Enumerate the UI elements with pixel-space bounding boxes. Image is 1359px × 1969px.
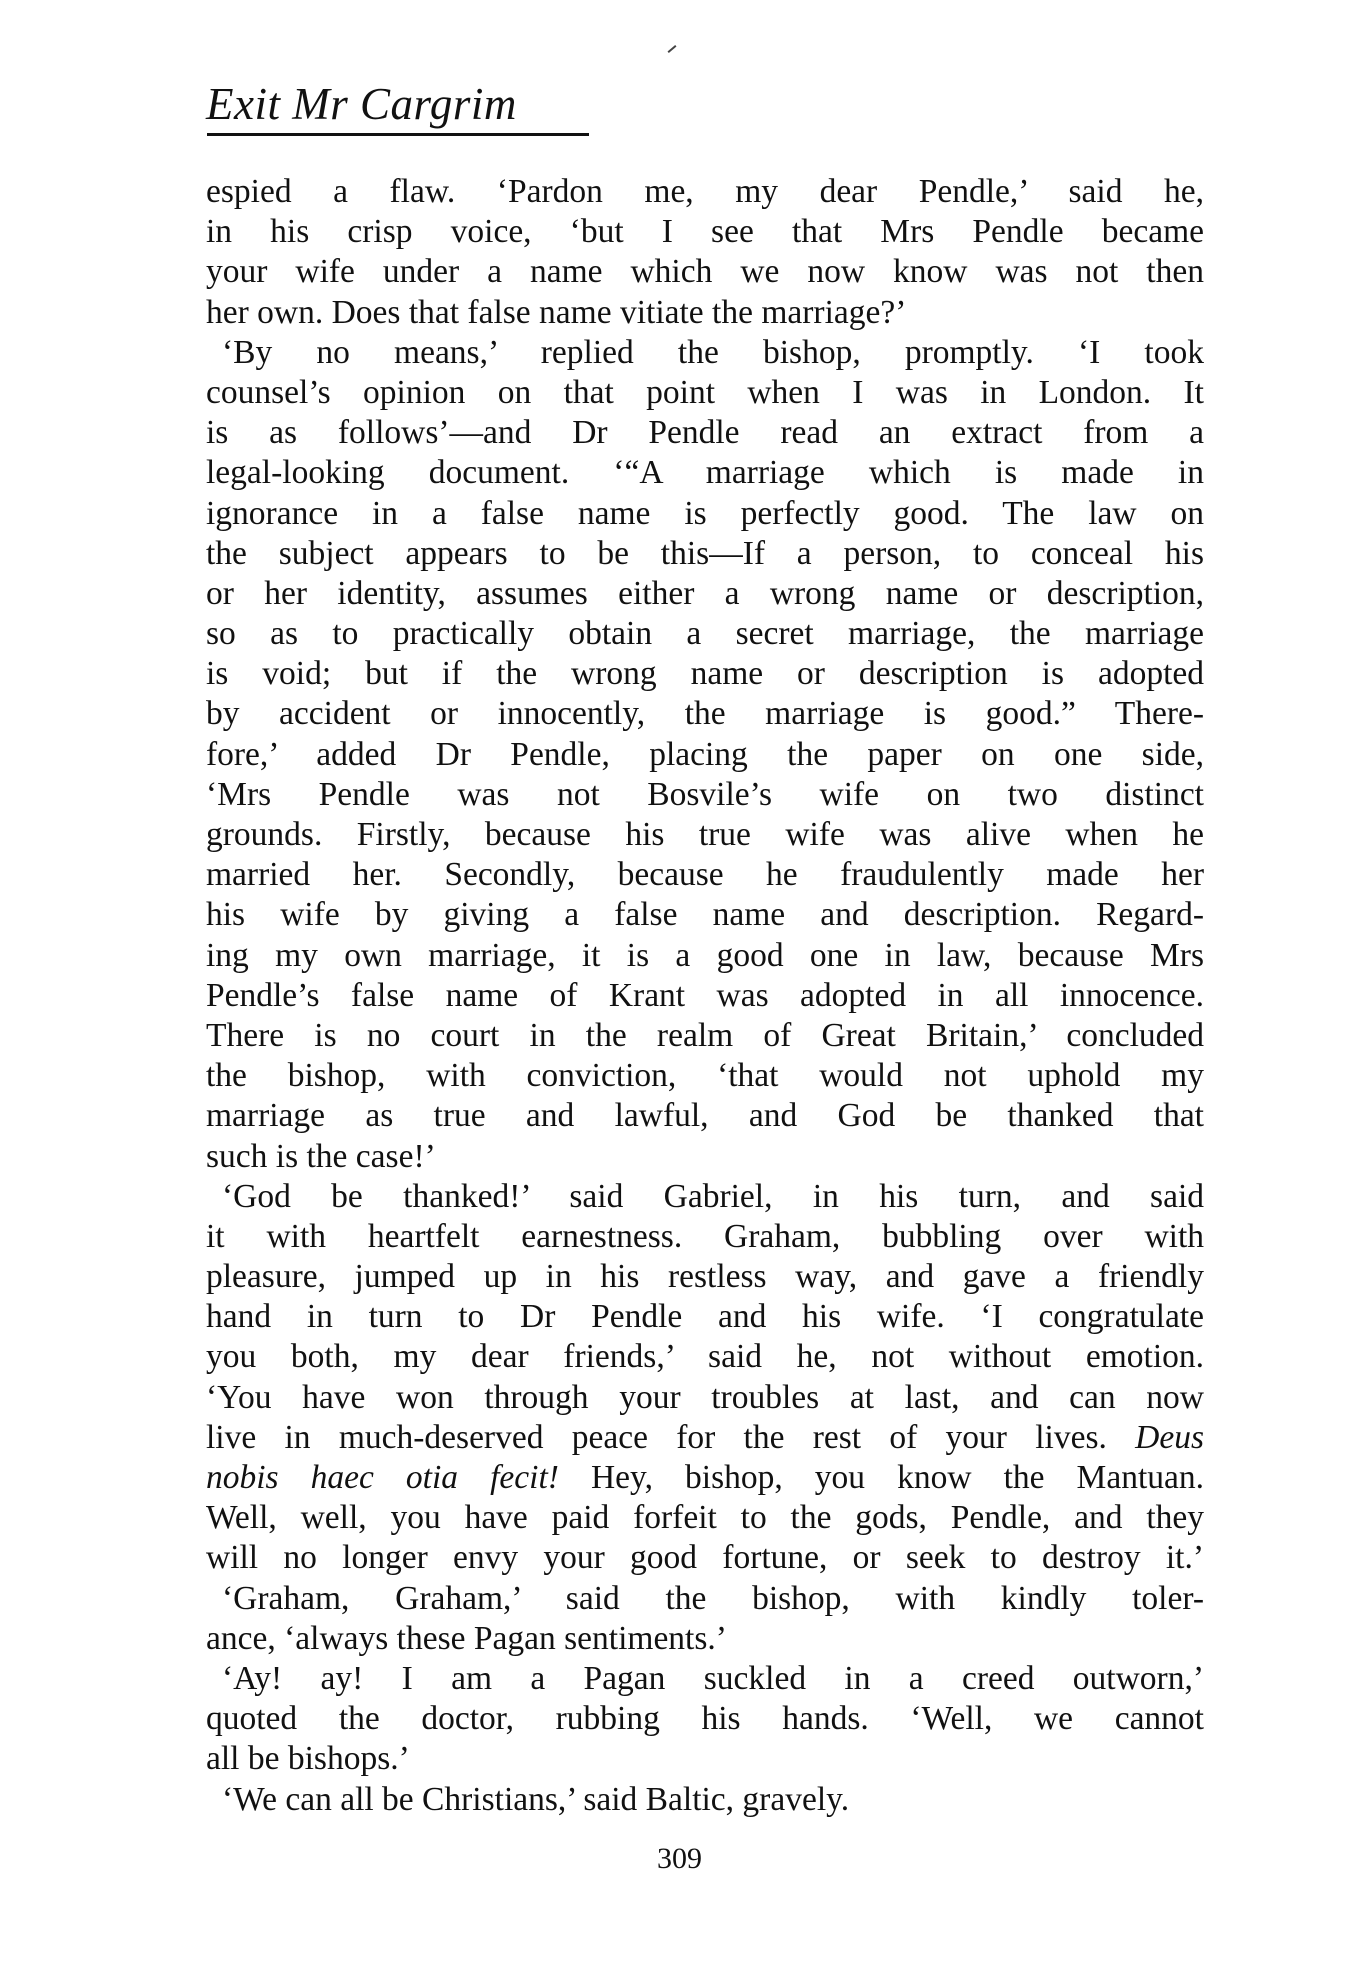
text-line: such is the case!’: [206, 1137, 1204, 1177]
text-line: it with heartfelt earnestness. Graham, b…: [206, 1217, 1204, 1257]
text-line: quoted the doctor, rubbing his hands. ‘W…: [206, 1699, 1204, 1739]
text-line: the subject appears to be this—If a pers…: [206, 534, 1204, 574]
text-line: by accident or innocently, the marriage …: [206, 694, 1204, 734]
text-line: the bishop, with conviction, ‘that would…: [206, 1056, 1204, 1096]
text-line: ignorance in a false name is perfectly g…: [206, 494, 1204, 534]
text-line: or her identity, assumes either a wrong …: [206, 574, 1204, 614]
latin-quote: nobis haec otia fecit!: [206, 1459, 591, 1496]
text-line: her own. Does that false name vitiate th…: [206, 293, 1204, 333]
text-line: ‘Graham, Graham,’ said the bishop, with …: [206, 1579, 1204, 1619]
text-line: you both, my dear friends,’ said he, not…: [206, 1337, 1204, 1377]
text-line: will no longer envy your good fortune, o…: [206, 1538, 1204, 1578]
text-line: nobis haec otia fecit! Hey, bishop, you …: [206, 1458, 1204, 1498]
text-line: is as follows’—and Dr Pendle read an ext…: [206, 413, 1204, 453]
text-line: ance, ‘always these Pagan sentiments.’: [206, 1619, 1204, 1659]
running-head-rule: [207, 133, 589, 136]
page-number: 309: [0, 1842, 1359, 1876]
text-line: grounds. Firstly, because his true wife …: [206, 815, 1204, 855]
text-line: is void; but if the wrong name or descri…: [206, 654, 1204, 694]
text-line: pleasure, jumped up in his restless way,…: [206, 1257, 1204, 1297]
text-line: so as to practically obtain a secret mar…: [206, 614, 1204, 654]
text-line: his wife by giving a false name and desc…: [206, 895, 1204, 935]
book-page: Exit Mr Cargrim espied a flaw. ‘Pardon m…: [0, 0, 1359, 1969]
text-line: your wife under a name which we now know…: [206, 252, 1204, 292]
text-line: ‘By no means,’ replied the bishop, promp…: [206, 333, 1204, 373]
text-line: ‘You have won through your troubles at l…: [206, 1378, 1204, 1418]
text-line: ‘We can all be Christians,’ said Baltic,…: [206, 1780, 1204, 1820]
text-line: hand in turn to Dr Pendle and his wife. …: [206, 1297, 1204, 1337]
text-line: legal-looking document. ‘“A marriage whi…: [206, 453, 1204, 493]
text-line: ‘Ay! ay! I am a Pagan suckled in a creed…: [206, 1659, 1204, 1699]
text-line: Well, well, you have paid forfeit to the…: [206, 1498, 1204, 1538]
text-line: counsel’s opinion on that point when I w…: [206, 373, 1204, 413]
text-line: espied a flaw. ‘Pardon me, my dear Pendl…: [206, 172, 1204, 212]
text-line: ‘Mrs Pendle was not Bosvile’s wife on tw…: [206, 775, 1204, 815]
body-text: espied a flaw. ‘Pardon me, my dear Pendl…: [206, 172, 1204, 1820]
stray-ink-mark: [668, 45, 677, 53]
text-line: Pendle’s false name of Krant was adopted…: [206, 976, 1204, 1016]
text-line: married her. Secondly, because he fraudu…: [206, 855, 1204, 895]
text-line: in his crisp voice, ‘but I see that Mrs …: [206, 212, 1204, 252]
text-line: live in much-deserved peace for the rest…: [206, 1418, 1204, 1458]
text-line: fore,’ added Dr Pendle, placing the pape…: [206, 735, 1204, 775]
text-line: all be bishops.’: [206, 1739, 1204, 1779]
text-line: There is no court in the realm of Great …: [206, 1016, 1204, 1056]
text-line: marriage as true and lawful, and God be …: [206, 1096, 1204, 1136]
text-line: ‘God be thanked!’ said Gabriel, in his t…: [206, 1177, 1204, 1217]
running-head: Exit Mr Cargrim: [206, 78, 517, 130]
text-line: ing my own marriage, it is a good one in…: [206, 936, 1204, 976]
latin-quote: Deus: [1107, 1419, 1204, 1456]
